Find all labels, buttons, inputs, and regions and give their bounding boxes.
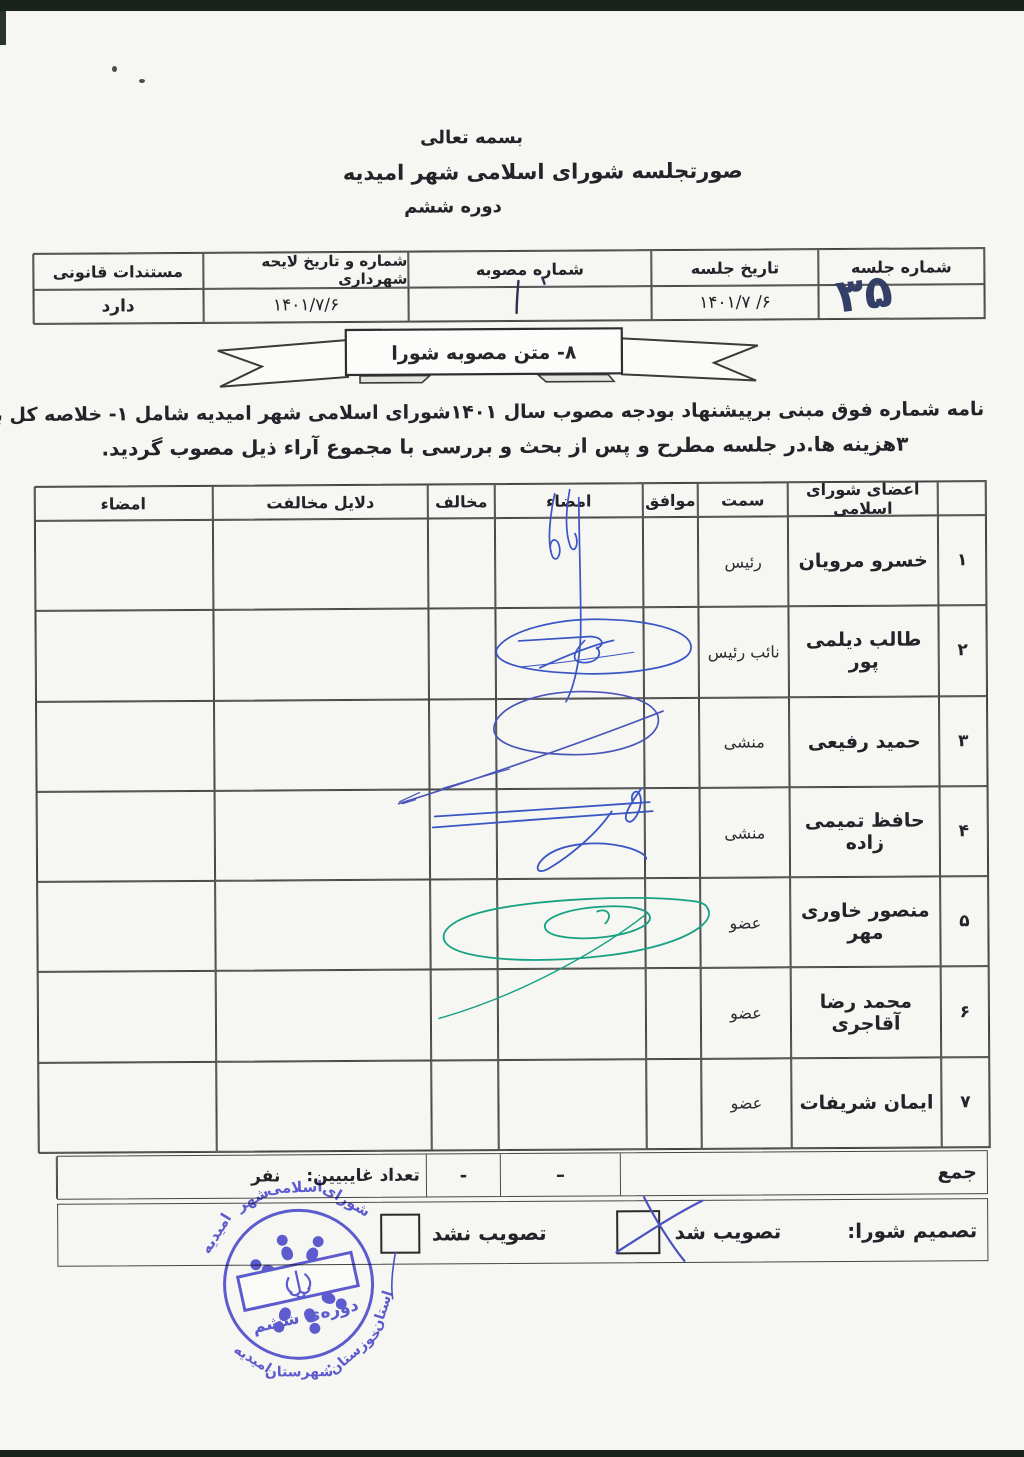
resolution-line-2: ۳هزینه ها.در جلسه مطرح و پس از بحث و برر…	[36, 432, 908, 461]
members-header-name: اعضای شورای اسلامی	[788, 481, 938, 516]
page-title: صورتجلسه شورای اسلامی شهر امیدیه	[343, 159, 643, 185]
header-legal-docs: مستندات قانونی	[32, 253, 203, 290]
oppose-reason-cell	[214, 699, 430, 791]
decision-row: تصمیم شورا: تصویب شد تصویب نشد	[57, 1198, 988, 1267]
bismillah-text: بسمه تعالی	[372, 127, 572, 149]
banner-label: ۸- متن مصوبه شورا	[391, 342, 577, 365]
member-name: محمد رضا آقاجری	[791, 967, 942, 1058]
oppose-cell	[428, 518, 496, 609]
signature-cell	[498, 1059, 647, 1150]
totals-signature-dash: –	[500, 1153, 620, 1196]
banner-right-tail	[622, 337, 758, 381]
oppose-cell	[431, 970, 499, 1061]
agree-cell	[646, 1059, 702, 1150]
member-row-number: ۴	[940, 786, 989, 877]
member-role: رئیس	[698, 516, 789, 607]
agree-cell	[645, 878, 701, 969]
member-row-number: ۷	[941, 1057, 990, 1148]
signature-cell-2	[34, 610, 214, 701]
totals-empty-cell	[620, 1153, 682, 1195]
svg-text:شهرستان: شهرستان	[265, 1364, 334, 1380]
signature-cell	[496, 698, 645, 789]
members-header-signature-2: امضاء	[34, 486, 213, 521]
member-row-number: ۵	[940, 876, 989, 967]
member-row-number: ۶	[941, 967, 990, 1058]
oppose-cell	[431, 1060, 499, 1151]
member-row-number: ۱	[938, 515, 987, 606]
member-row-number: ۲	[938, 605, 987, 696]
absentees-label: تعداد غایبیین:	[306, 1166, 420, 1187]
oppose-cell	[429, 699, 497, 790]
member-name: حمید رفیعی	[789, 696, 940, 787]
members-header-oppose-reasons: دلایل مخالفت	[213, 485, 428, 520]
agree-cell	[646, 968, 702, 1059]
scan-edge-bottom	[0, 1450, 1024, 1457]
signature-cell-2	[36, 791, 216, 882]
members-header-rownum	[938, 481, 986, 515]
value-bill-number-date: ۱۴۰۱/۷/۶	[203, 288, 408, 323]
signature-cell-2	[37, 971, 217, 1062]
value-session-date: ۱۴۰۱/۷ /۶	[651, 285, 818, 320]
signature-cell-2	[36, 881, 216, 972]
member-role: عضو	[701, 1058, 792, 1149]
member-role: نائب رئیس	[698, 607, 789, 698]
member-name: ایمان شریفات	[791, 1057, 942, 1148]
header-resolution-number: شماره مصوبه	[408, 250, 651, 287]
totals-oppose-dash: -	[426, 1154, 500, 1196]
header-bill-number-date: شماره و تاریخ لایحه شهرداری	[203, 252, 408, 289]
oppose-reason-cell	[216, 1060, 432, 1152]
header-session-number: شماره جلسه	[818, 248, 984, 285]
approved-checkbox	[616, 1210, 660, 1254]
members-header-oppose: مخالف	[428, 484, 495, 518]
oppose-reason-cell	[215, 789, 431, 881]
agree-cell	[644, 697, 700, 788]
banner-left-tail	[218, 340, 348, 387]
not-approved-label: تصویب نشد	[432, 1220, 547, 1245]
absentees-unit: نفر	[251, 1166, 280, 1186]
scan-speck	[139, 79, 145, 83]
signature-cell	[495, 517, 644, 608]
agree-cell	[643, 517, 699, 608]
member-name: خسرو مرویان	[788, 515, 939, 606]
signature-cell-2	[35, 700, 215, 791]
stamp-arc-bottom: استان خوزستان · شهرستان امیدیه	[227, 1284, 417, 1410]
members-header-signature: امضاء	[495, 483, 643, 518]
resolution-line-1: نامه شماره فوق مبنی برپیشنهاد بودجه مصوب…	[36, 398, 984, 426]
scan-edge-left	[0, 11, 6, 45]
member-role: منشی	[700, 787, 791, 878]
totals-row: جمع – - تعداد غایبیین: نفر	[57, 1150, 988, 1200]
resolution-text: نامه شماره فوق مبنی برپیشنهاد بودجه مصوب…	[36, 398, 984, 461]
svg-text:استان: استان	[368, 1289, 396, 1333]
value-session-number	[818, 284, 984, 319]
member-row-number: ۳	[939, 696, 988, 787]
resolution-banner: ۸- متن مصوبه شورا	[208, 324, 768, 395]
session-info-table: شماره جلسه تاریخ جلسه شماره مصوبه شماره …	[33, 247, 985, 325]
oppose-reason-cell	[213, 519, 429, 611]
scan-speck	[112, 66, 117, 72]
members-header-role: سمت	[698, 482, 788, 517]
agree-cell	[643, 607, 699, 698]
oppose-cell	[430, 789, 498, 880]
banner-fold-right	[538, 374, 614, 381]
not-approved-checkbox	[380, 1213, 420, 1253]
signature-cell	[497, 878, 646, 969]
oppose-cell	[430, 879, 498, 970]
member-role: عضو	[701, 968, 792, 1059]
member-name: طالب دیلمی پور	[788, 606, 939, 697]
member-name: حافظ تمیمی زاده	[790, 786, 941, 877]
decision-label: تصمیم شورا:	[839, 1218, 987, 1243]
signature-cell	[497, 788, 646, 879]
oppose-reason-cell	[213, 609, 429, 701]
banner-fold-left	[360, 375, 430, 382]
value-legal-docs: دارد	[32, 289, 203, 324]
svg-text:امیدیه: امیدیه	[231, 1342, 274, 1377]
member-role: عضو	[700, 877, 791, 968]
member-role: منشی	[699, 697, 790, 788]
scan-edge-top	[0, 0, 1024, 11]
header-session-date: تاریخ جلسه	[651, 249, 818, 286]
agree-cell	[645, 788, 701, 879]
value-resolution-number	[408, 286, 651, 321]
svg-text:خوزستان: خوزستان	[326, 1325, 385, 1378]
members-table: اعضای شورای اسلامی سمت موافق امضاء مخالف…	[35, 480, 991, 1154]
signature-cell	[495, 607, 644, 698]
iran-emblem-icon	[284, 1268, 313, 1300]
totals-label: جمع	[682, 1151, 987, 1195]
absentees-cell: تعداد غایبیین: نفر	[56, 1155, 426, 1199]
signature-cell-2	[34, 520, 214, 611]
oppose-reason-cell	[215, 880, 431, 972]
stamp-arc-separator: ·	[324, 1358, 335, 1375]
oppose-cell	[428, 608, 496, 699]
member-name: منصور خاوری مهر	[790, 877, 941, 968]
signature-cell-2	[37, 1062, 217, 1153]
council-term: دوره ششم	[353, 196, 553, 218]
signature-cell	[498, 969, 647, 1060]
members-header-agree: موافق	[643, 483, 698, 517]
stamp-term-text: دوره‌ی ششم	[251, 1295, 361, 1338]
document-sheet: بسمه تعالی صورتجلسه شورای اسلامی شهر امی…	[0, 0, 1024, 1457]
oppose-reason-cell	[216, 970, 432, 1062]
approved-label: تصویب شد	[675, 1219, 782, 1244]
